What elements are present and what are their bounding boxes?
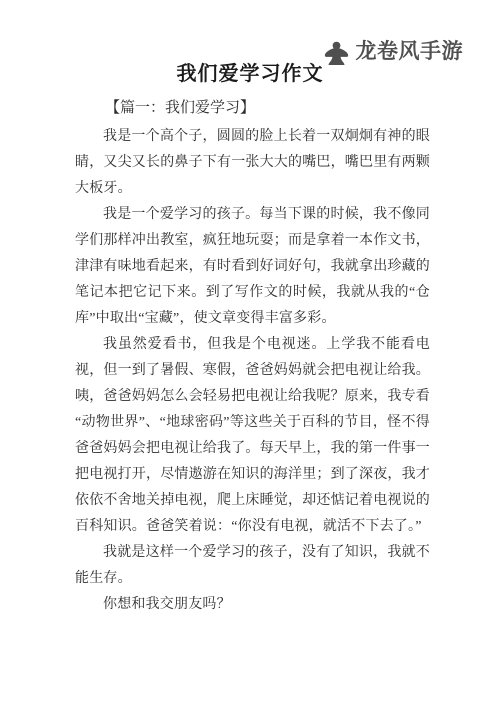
essay-paragraph-2: 我是一个爱学习的孩子。每当下课的时候，我不像同学们那样冲出教室，疯狂地玩耍；而是… <box>75 202 430 332</box>
essay-paragraph-5: 你想和我交朋友吗？ <box>75 592 430 618</box>
section-heading: 【篇一：我们爱学习】 <box>75 95 430 121</box>
essay-paragraph-1: 我是一个高个子，圆圆的脸上长着一双炯炯有神的眼睛，又尖又长的鼻子下有一张大大的嘴… <box>75 124 430 202</box>
site-logo-text: 龙卷风手游 <box>356 35 464 65</box>
site-logo: 龙卷风手游 <box>324 35 464 65</box>
document-page: 龙卷风手游 我们爱学习作文 【篇一：我们爱学习】 我是一个高个子，圆圆的脸上长着… <box>0 0 500 707</box>
essay-paragraph-3: 我虽然爱看书，但我是个电视迷。上学我不能看电视，但一到了暑假、寒假，爸爸妈妈就会… <box>75 332 430 540</box>
essay-body: 【篇一：我们爱学习】 我是一个高个子，圆圆的脸上长着一双炯炯有神的眼睛，又尖又长… <box>75 95 430 618</box>
meeple-icon <box>324 40 349 65</box>
page-title: 我们爱学习作文 <box>0 62 500 86</box>
essay-paragraph-4: 我就是这样一个爱学习的孩子，没有了知识，我就不能生存。 <box>75 540 430 592</box>
